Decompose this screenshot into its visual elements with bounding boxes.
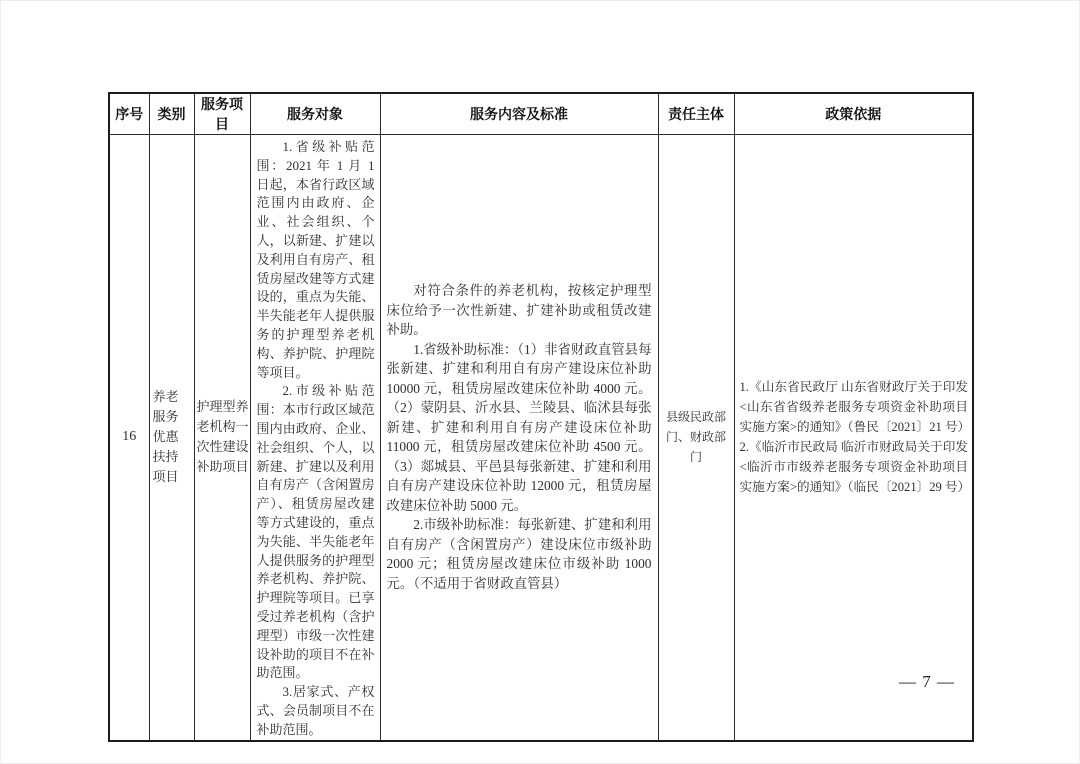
header-service-item: 服务项目 <box>194 93 250 135</box>
service-content-paragraph-2: 1.省级补助标准：（1）非省财政直管县每张新建、扩建和利用自有房产建设床位补助 … <box>387 340 652 516</box>
table-header-row: 序号 类别 服务项目 服务对象 服务内容及标准 责任主体 政策依据 <box>109 93 973 135</box>
header-service-target: 服务对象 <box>250 93 380 135</box>
cell-service-item: 护理型养老机构一次性建设补助项目 <box>194 135 250 741</box>
document-page: 序号 类别 服务项目 服务对象 服务内容及标准 责任主体 政策依据 16 养老服… <box>0 0 1080 764</box>
table-row: 16 养老服务优惠扶持项目 护理型养老机构一次性建设补助项目 1.省级补贴范围：… <box>109 135 973 741</box>
header-service-content: 服务内容及标准 <box>380 93 658 135</box>
header-seq: 序号 <box>109 93 149 135</box>
page-number: — 7 — <box>899 672 955 692</box>
header-category: 类别 <box>149 93 194 135</box>
header-responsible: 责任主体 <box>658 93 734 135</box>
service-content-paragraph-3: 2.市级补助标准：每张新建、扩建和利用自有房产（含闲置房产）建设床位市级补助 2… <box>387 515 652 593</box>
policy-paragraph-1: 1.《山东省民政厅 山东省财政厅关于印发<山东省省级养老服务专项资金补助项目实施… <box>740 377 969 437</box>
cell-service-target: 1.省级补贴范围：2021 年 1 月 1 日起，本省行政区域范围内由政府、企业… <box>250 135 380 741</box>
cell-category: 养老服务优惠扶持项目 <box>149 135 194 741</box>
cell-policy-basis: 1.《山东省民政厅 山东省财政厅关于印发<山东省省级养老服务专项资金补助项目实施… <box>734 135 973 741</box>
policy-paragraph-2: 2.《临沂市民政局 临沂市财政局关于印发<临沂市市级养老服务专项资金补助项目实施… <box>740 437 969 497</box>
service-target-paragraph-1: 1.省级补贴范围：2021 年 1 月 1 日起，本省行政区域范围内由政府、企业… <box>257 138 375 382</box>
service-target-paragraph-2: 2.市级补贴范围：本市行政区域范围内由政府、企业、社会组织、个人，以新建、扩建以… <box>257 382 375 683</box>
cell-service-content: 对符合条件的养老机构，按核定护理型床位给予一次性新建、扩建补助或租赁改建补助。 … <box>380 135 658 741</box>
policy-table: 序号 类别 服务项目 服务对象 服务内容及标准 责任主体 政策依据 16 养老服… <box>108 92 974 742</box>
cell-responsible: 县级民政部门、财政部门 <box>658 135 734 741</box>
service-content-paragraph-1: 对符合条件的养老机构，按核定护理型床位给予一次性新建、扩建补助或租赁改建补助。 <box>387 281 652 340</box>
service-target-paragraph-3: 3.居家式、产权式、会员制项目不在补助范围。 <box>257 683 375 739</box>
header-policy-basis: 政策依据 <box>734 93 973 135</box>
cell-seq: 16 <box>109 135 149 741</box>
